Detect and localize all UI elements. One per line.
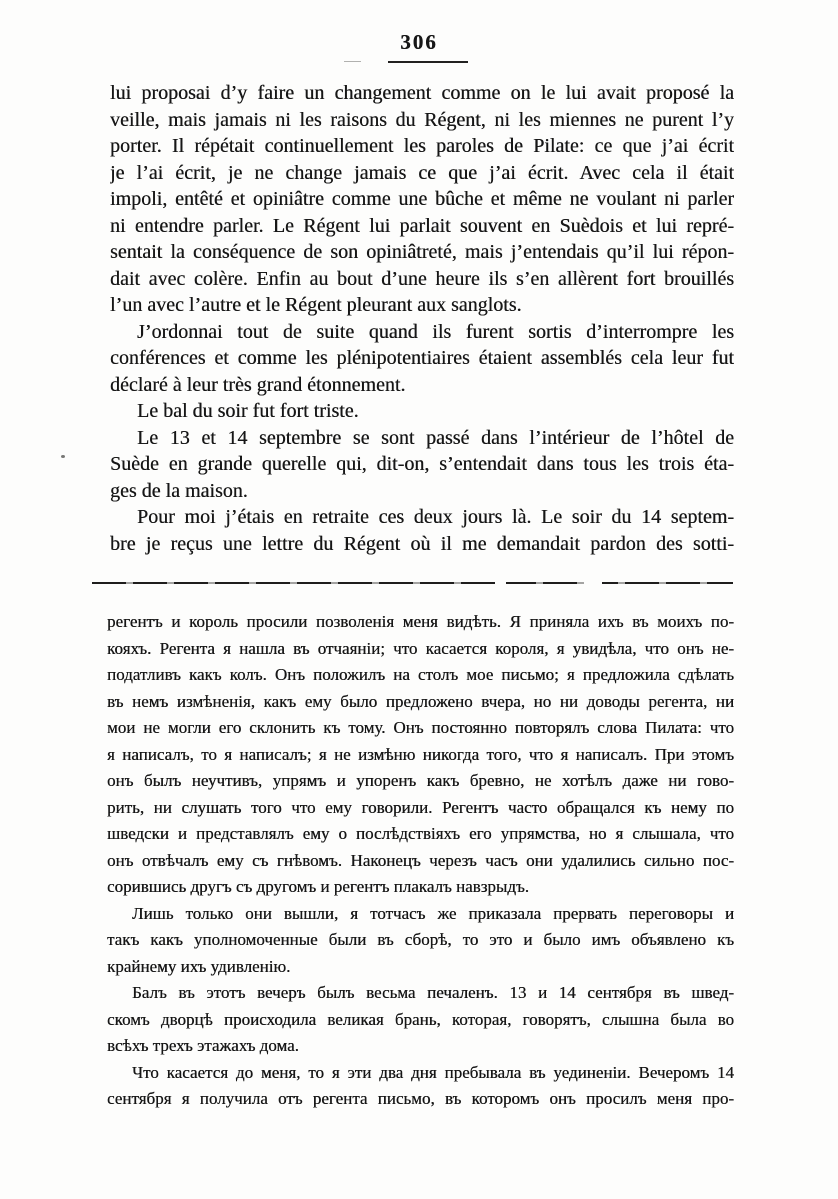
text-line: dait avec colère. Enfin au bout d’une he…	[110, 266, 734, 293]
text-line: регентъ и король просили позволенія меня…	[107, 609, 734, 636]
section-divider-rule	[92, 582, 733, 584]
book-page: 306 lui proposai d’y faire un changement…	[0, 0, 838, 1199]
paragraph: Le bal du soir fut fort triste.	[110, 398, 734, 425]
text-line: я написалъ, то я написалъ; я не измѣню н…	[107, 742, 734, 769]
text-line: ni entendre parler. Le Régent lui parlai…	[110, 213, 734, 240]
text-line: податливъ какъ колъ. Онъ положилъ на сто…	[107, 662, 734, 689]
text-line: мои не могли его склонить къ тому. Онъ п…	[107, 715, 734, 742]
text-line: онъ былъ неучтивъ, упрямъ и упоренъ какъ…	[107, 768, 734, 795]
text-line: онъ отвѣчалъ ему съ гнѣвомъ. Наконецъ че…	[107, 848, 734, 875]
text-line: lui proposai d’y faire un changement com…	[110, 80, 734, 107]
paragraph: lui proposai d’y faire un changement com…	[110, 80, 734, 319]
text-line: такъ какъ уполномоченные были въ сборѣ, …	[107, 927, 734, 954]
text-line: Suède en grande querelle qui, dit-on, s’…	[110, 451, 734, 478]
text-line: Le 13 et 14 septembre se sont passé dans…	[110, 425, 734, 452]
text-line: крайнему ихъ удивленію.	[107, 954, 734, 981]
paragraph: Балъ въ этотъ вечеръ былъ весьма печален…	[107, 980, 734, 1060]
text-line: déclaré à leur très grand étonnement.	[110, 372, 734, 399]
text-line: всѣхъ трехъ этажахъ дома.	[107, 1033, 734, 1060]
translation-text-russian: регентъ и король просили позволенія меня…	[107, 609, 734, 1113]
text-line: рить, ни слушать того что ему говорили. …	[107, 795, 734, 822]
text-line: Le bal du soir fut fort triste.	[110, 398, 734, 425]
text-line: кояхъ. Регента я нашла въ отчаяніи; что …	[107, 636, 734, 663]
text-line: l’un avec l’autre et le Régent pleurant …	[110, 292, 734, 319]
text-line: conférences et comme les plénipotentiair…	[110, 345, 734, 372]
paragraph: J’ordonnai tout de suite quand ils furen…	[110, 319, 734, 399]
text-line: Что касается до меня, то я эти два дня п…	[107, 1060, 734, 1087]
text-line: porter. Il répétait continuellement les …	[110, 133, 734, 160]
text-line: je l’ai écrit, je ne change jamais ce qu…	[110, 160, 734, 187]
paragraph: Pour moi j’étais en retraite ces deux jo…	[110, 504, 734, 557]
text-line: скомъ дворцѣ происходила великая брань, …	[107, 1007, 734, 1034]
text-line: сорившись другъ съ другомъ и регентъ пла…	[107, 874, 734, 901]
text-line: шведски и представлялъ ему о послѣдствія…	[107, 821, 734, 848]
text-line: сентября я получила отъ регента письмо, …	[107, 1086, 734, 1113]
text-line: sentait la conséquence de son opiniâtret…	[110, 239, 734, 266]
main-text-french: lui proposai d’y faire un changement com…	[110, 80, 734, 557]
text-line: Балъ въ этотъ вечеръ былъ весьма печален…	[107, 980, 734, 1007]
text-line: ges de la maison.	[110, 478, 734, 505]
text-line: bre je reçus une lettre du Régent où il …	[110, 531, 734, 558]
text-line: въ немъ измѣненія, какъ ему было предлож…	[107, 689, 734, 716]
paragraph: Лишь только они вышли, я тотчасъ же прик…	[107, 901, 734, 981]
text-line: Pour moi j’étais en retraite ces deux jo…	[110, 504, 734, 531]
scan-artifact-speck	[61, 455, 65, 458]
text-line: impoli, entêté et opiniâtre comme une bû…	[110, 186, 734, 213]
paragraph: Le 13 et 14 septembre se sont passé dans…	[110, 425, 734, 505]
text-line: J’ordonnai tout de suite quand ils furen…	[110, 319, 734, 346]
paragraph: регентъ и король просили позволенія меня…	[107, 609, 734, 901]
page-number-underline	[388, 61, 468, 63]
page-number: 306	[0, 30, 838, 55]
paragraph: Что касается до меня, то я эти два дня п…	[107, 1060, 734, 1113]
text-line: Лишь только они вышли, я тотчасъ же прик…	[107, 901, 734, 928]
text-line: veille, mais jamais ni les raisons du Ré…	[110, 107, 734, 134]
